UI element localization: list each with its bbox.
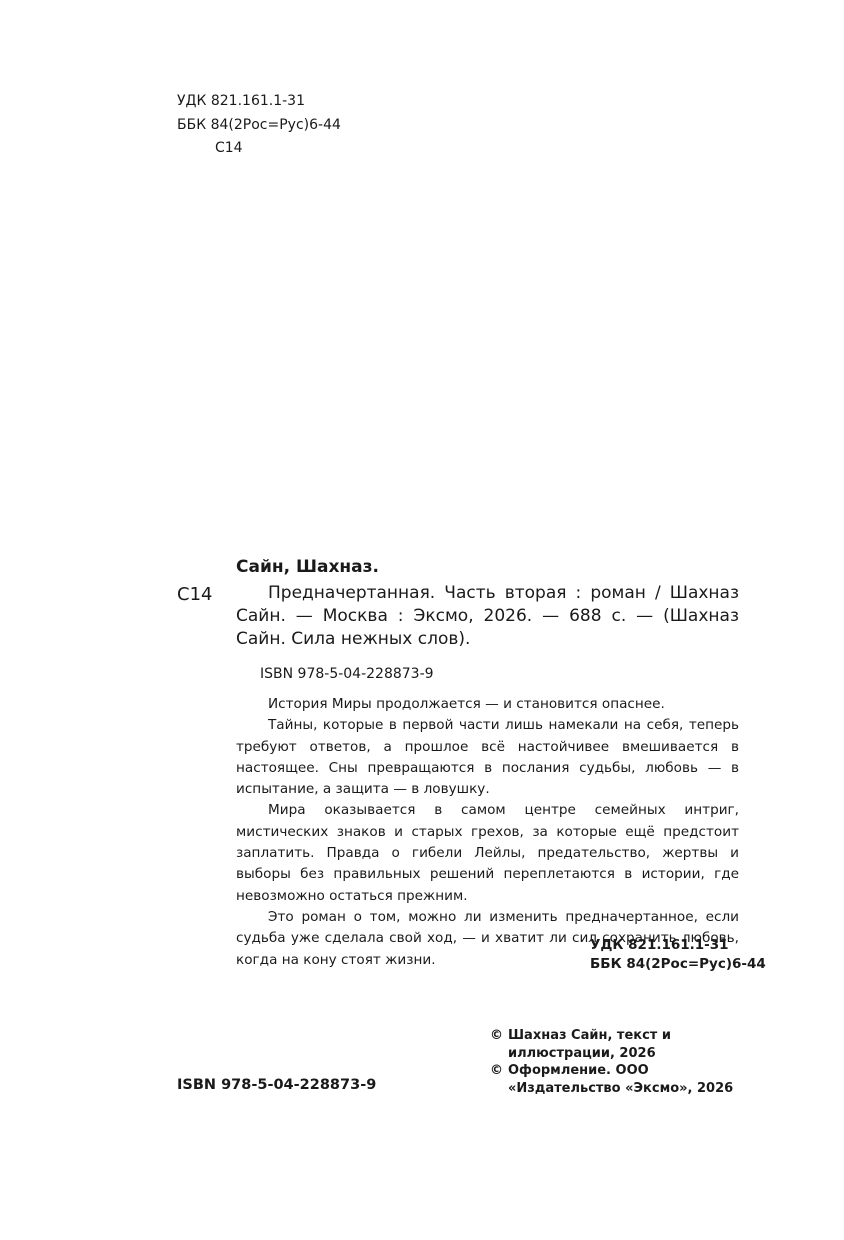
annotation-paragraph: История Миры продолжается — и становится… [236,694,739,715]
record-isbn: ISBN 978-5-04-228873-9 [260,664,434,684]
footer-isbn: ISBN 978-5-04-228873-9 [177,1075,376,1095]
author-sign-margin: С14 [177,584,212,606]
bbk-code: ББК 84(2Рос=Рус)6-44 [177,114,341,138]
author-sign: С14 [177,137,341,161]
udk-code: УДК 821.161.1-31 [590,936,766,955]
copyright-icon: © [490,1062,508,1097]
udk-code: УДК 821.161.1-31 [177,90,341,114]
bbk-code: ББК 84(2Рос=Рус)6-44 [590,955,766,974]
copyright-line: © Шахназ Сайн, текст и иллюстрации, 2026 [490,1027,750,1062]
annotation-paragraph: Мира оказывается в самом центре семейных… [236,800,739,906]
copyright-line: © Оформление. ООО «Издательство «Эксмо»,… [490,1062,750,1097]
bibliographic-description: Предначертанная. Часть вторая : роман / … [236,582,739,651]
copyright-text: Шахназ Сайн, текст и иллюстрации, 2026 [508,1027,750,1062]
author-heading: Сайн, Шахназ. [236,556,379,578]
annotation: История Миры продолжается — и становится… [236,694,739,971]
description-text: Предначертанная. Часть вторая : роман / … [236,582,739,651]
copyright-block: © Шахназ Сайн, текст и иллюстрации, 2026… [490,1027,750,1097]
copyright-text: Оформление. ООО «Издательство «Эксмо», 2… [508,1062,750,1097]
header-codes: УДК 821.161.1-31 ББК 84(2Рос=Рус)6-44 С1… [177,90,341,161]
classification-codes: УДК 821.161.1-31 ББК 84(2Рос=Рус)6-44 [590,936,766,974]
copyright-icon: © [490,1027,508,1062]
annotation-paragraph: Тайны, которые в первой части лишь намек… [236,715,739,800]
